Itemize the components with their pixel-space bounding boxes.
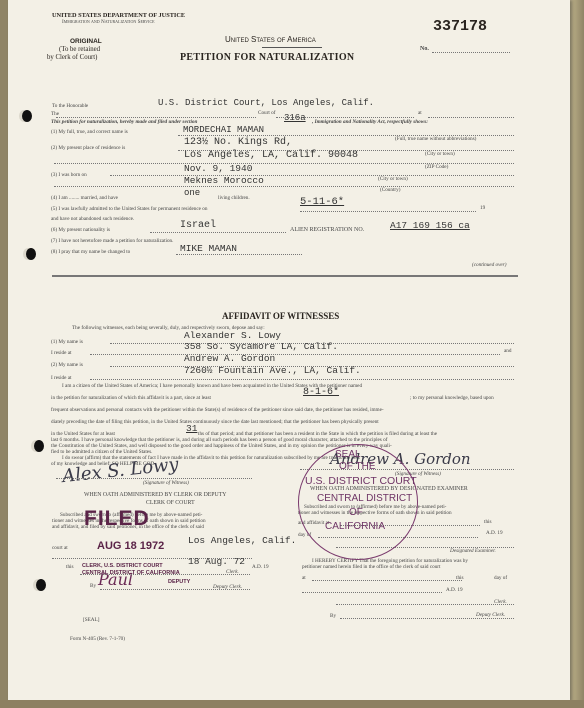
at-line (428, 117, 514, 118)
certify-deputy-line (340, 618, 514, 619)
affidavit-para-2b: ; to my personal knowledge, based upon (410, 395, 494, 401)
certify-deputy-label: Deputy Clerk. (476, 612, 505, 618)
deputy-label: Deputy Clerk. (213, 584, 242, 590)
item-3-label: (3) I was born on (51, 172, 87, 178)
court-value: U.S. District Court, Los Angeles, Calif. (158, 98, 374, 108)
item-6-label: (6) My present nationality is (51, 227, 110, 233)
scanner-bed (0, 700, 584, 708)
number-label: No. (420, 46, 429, 52)
affidavit-title: AFFIDAVIT OF WITNESSES (222, 311, 339, 321)
form-number: Form N-405 (Rev. 7-1-70) (70, 636, 125, 642)
page-title: PETITION FOR NATURALIZATION (180, 52, 354, 63)
admission-date-value: 5-11-6* (300, 196, 344, 208)
section-divider (52, 275, 518, 277)
witness2-address-line (90, 379, 514, 380)
copy-label: ORIGINAL (70, 38, 102, 45)
witness1-address-line (90, 354, 500, 355)
clerk-heading-1: WHEN OATH ADMINISTERED BY CLERK OR DEPUT… (84, 492, 226, 498)
department-name: UNITED STATES DEPARTMENT OF JUSTICE (52, 12, 185, 19)
sig1-label: (Signature of Witness) (143, 480, 189, 486)
ad-label: A.D. 19 (252, 564, 269, 570)
petition-number: 337178 (433, 18, 487, 35)
copy-note-2: by Clerk of Court) (47, 54, 97, 61)
seal-text: U.S. DISTRICT COURT (305, 475, 417, 487)
seal-text: CALIFORNIA (325, 521, 385, 532)
seal-text: OF THE (339, 461, 375, 472)
witness1-address: 358 So. Sycamore LA, Calif. (184, 341, 338, 352)
admission-line (300, 211, 476, 212)
reside2-label: I reside at (51, 375, 71, 381)
certify-by-label: By (330, 613, 336, 619)
punch-hole (36, 579, 46, 591)
punch-hole (22, 110, 32, 122)
item-2-label: (2) My present place of residence is (51, 145, 125, 151)
nationality-line (150, 232, 286, 233)
reside1-label: I reside at (51, 350, 71, 356)
item-5-continuation: and have not abandoned such residence. (51, 216, 134, 222)
at-label: at (418, 110, 422, 116)
filed-place-value: Los Angeles, Calif. (188, 535, 296, 546)
seal-label: [SEAL] (83, 617, 99, 623)
item-8-label: (8) I pray that my name be changed to (51, 249, 130, 255)
by-label: By (90, 583, 96, 589)
examiner-this-label: this (484, 519, 492, 525)
the-line (56, 117, 256, 118)
filed-date-stamp: AUG 18 1972 (97, 540, 164, 552)
witness2-name: Andrew A. Gordon (184, 353, 275, 364)
witness2-address: 7260½ Fountain Ave., LA, Calif. (184, 365, 361, 376)
clerk-line (80, 574, 250, 575)
affidavit-para-2: in the petition for naturalization of wh… (51, 395, 211, 401)
filed-label: This petition for naturalization, hereby… (51, 119, 197, 125)
address-value: 123½ No. Kings Rd, (184, 137, 292, 148)
clerk-stamp-line-1: CLERK, U.S. DISTRICT COURT (82, 563, 163, 569)
alien-reg-label: ALIEN REGISTRATION NO. (290, 227, 364, 233)
court-seal-stamp: SEAL OF THE U.S. DISTRICT COURT CENTRAL … (298, 444, 418, 560)
seal-text: OF (349, 507, 363, 518)
filed-stamp: FILED (84, 507, 150, 531)
birthplace-line (54, 186, 514, 187)
full-name-value: MORDECHAI MAMAN (183, 125, 264, 135)
punch-hole (26, 248, 36, 260)
this-label: this (66, 564, 74, 570)
punch-hole (34, 440, 44, 452)
certify-at-line (312, 580, 462, 581)
affidavit-para-4: diately preceding the date of filing thi… (51, 419, 379, 425)
item-7-label: (7) I have not heretofore made a petitio… (51, 238, 173, 244)
seal-text: SEAL (335, 449, 361, 460)
months-value: 31 (186, 423, 197, 434)
certify-at-label: at (302, 575, 306, 581)
children-value: one (184, 188, 200, 198)
birth-hint: (City or town) (378, 176, 408, 182)
the-label: The (51, 111, 59, 117)
item-4-label: (4) I am ........ married, and have (51, 195, 118, 201)
and-label: and (504, 348, 512, 354)
birth-date-line (110, 175, 514, 176)
service-name: Immigration and Naturalization Service (62, 19, 155, 25)
name-hint: (Full, true name without abbreviations) (395, 136, 476, 142)
item-1-label: (1) My full, true, and correct name is (51, 129, 128, 135)
section-value: 316a (284, 113, 306, 123)
examiner-ad-label: A.D. 19 (486, 530, 503, 536)
certify-this-label: this (456, 575, 464, 581)
court-of-label: Court of (258, 110, 275, 116)
acquainted-since-value: 8-1-6* (303, 387, 339, 398)
to-label: To the Honorable (52, 103, 88, 109)
copy-note-1: (To be retained (59, 46, 100, 53)
number-line (432, 52, 510, 53)
alien-reg-value: A17 169 156 ca (390, 220, 470, 231)
examiner-label: Designated Examiner. (450, 548, 496, 554)
nationality-value: Israel (180, 220, 216, 231)
title-rule (262, 47, 322, 48)
certify-date-line (302, 592, 442, 593)
witness2-label: (2) My name is (51, 362, 83, 368)
witness1-name: Alexander S. Lowy (184, 330, 281, 341)
seal-text: CENTRAL DISTRICT (317, 493, 412, 504)
birth-date-value: Nov. 9, 1940 (184, 163, 252, 174)
deputy-signature: Paul (98, 570, 133, 589)
city-value: Los Angeles, LA, Calif. 90048 (184, 150, 358, 161)
new-name-value: MIKE MAMAN (180, 243, 237, 254)
witness1-label: (1) My name is (51, 339, 83, 345)
certify-day-of-label: day of (494, 575, 507, 581)
affidavit-para-3: frequent observations and personal conta… (51, 407, 384, 413)
clerk-label: Clerk. (226, 569, 239, 575)
country-heading: United States of America (225, 35, 316, 44)
new-name-line (176, 254, 302, 255)
continued-note: (continued over) (472, 262, 506, 268)
item-5-label: (5) I was lawfully admitted to the Unite… (51, 206, 207, 212)
clerk-heading-2: CLERK OF COURT (146, 500, 195, 506)
certify-ad-label: A.D. 19 (446, 587, 463, 593)
clerk-stamp-line-3: DEPUTY (168, 579, 190, 585)
address-hint: (City or town) (425, 151, 455, 157)
admission-year-label: 19 (480, 205, 485, 211)
sig1-line (56, 478, 252, 479)
certify-clerk-label: Clerk. (494, 599, 507, 605)
filed-date-value: 18 Aug. 72 (188, 556, 245, 567)
act-label: , Immigration and Nationality Act, respe… (312, 119, 428, 125)
certify-line-2: petitioner named herein filed in the off… (302, 564, 440, 570)
country-hint: (Country) (380, 187, 400, 193)
birthplace-value: Meknes Morocco (184, 175, 264, 186)
court-at-label: court at (52, 545, 68, 551)
certify-clerk-line (336, 604, 514, 605)
children-hint: living children. (218, 195, 250, 201)
zip-hint: (ZIP Code) (425, 164, 448, 170)
